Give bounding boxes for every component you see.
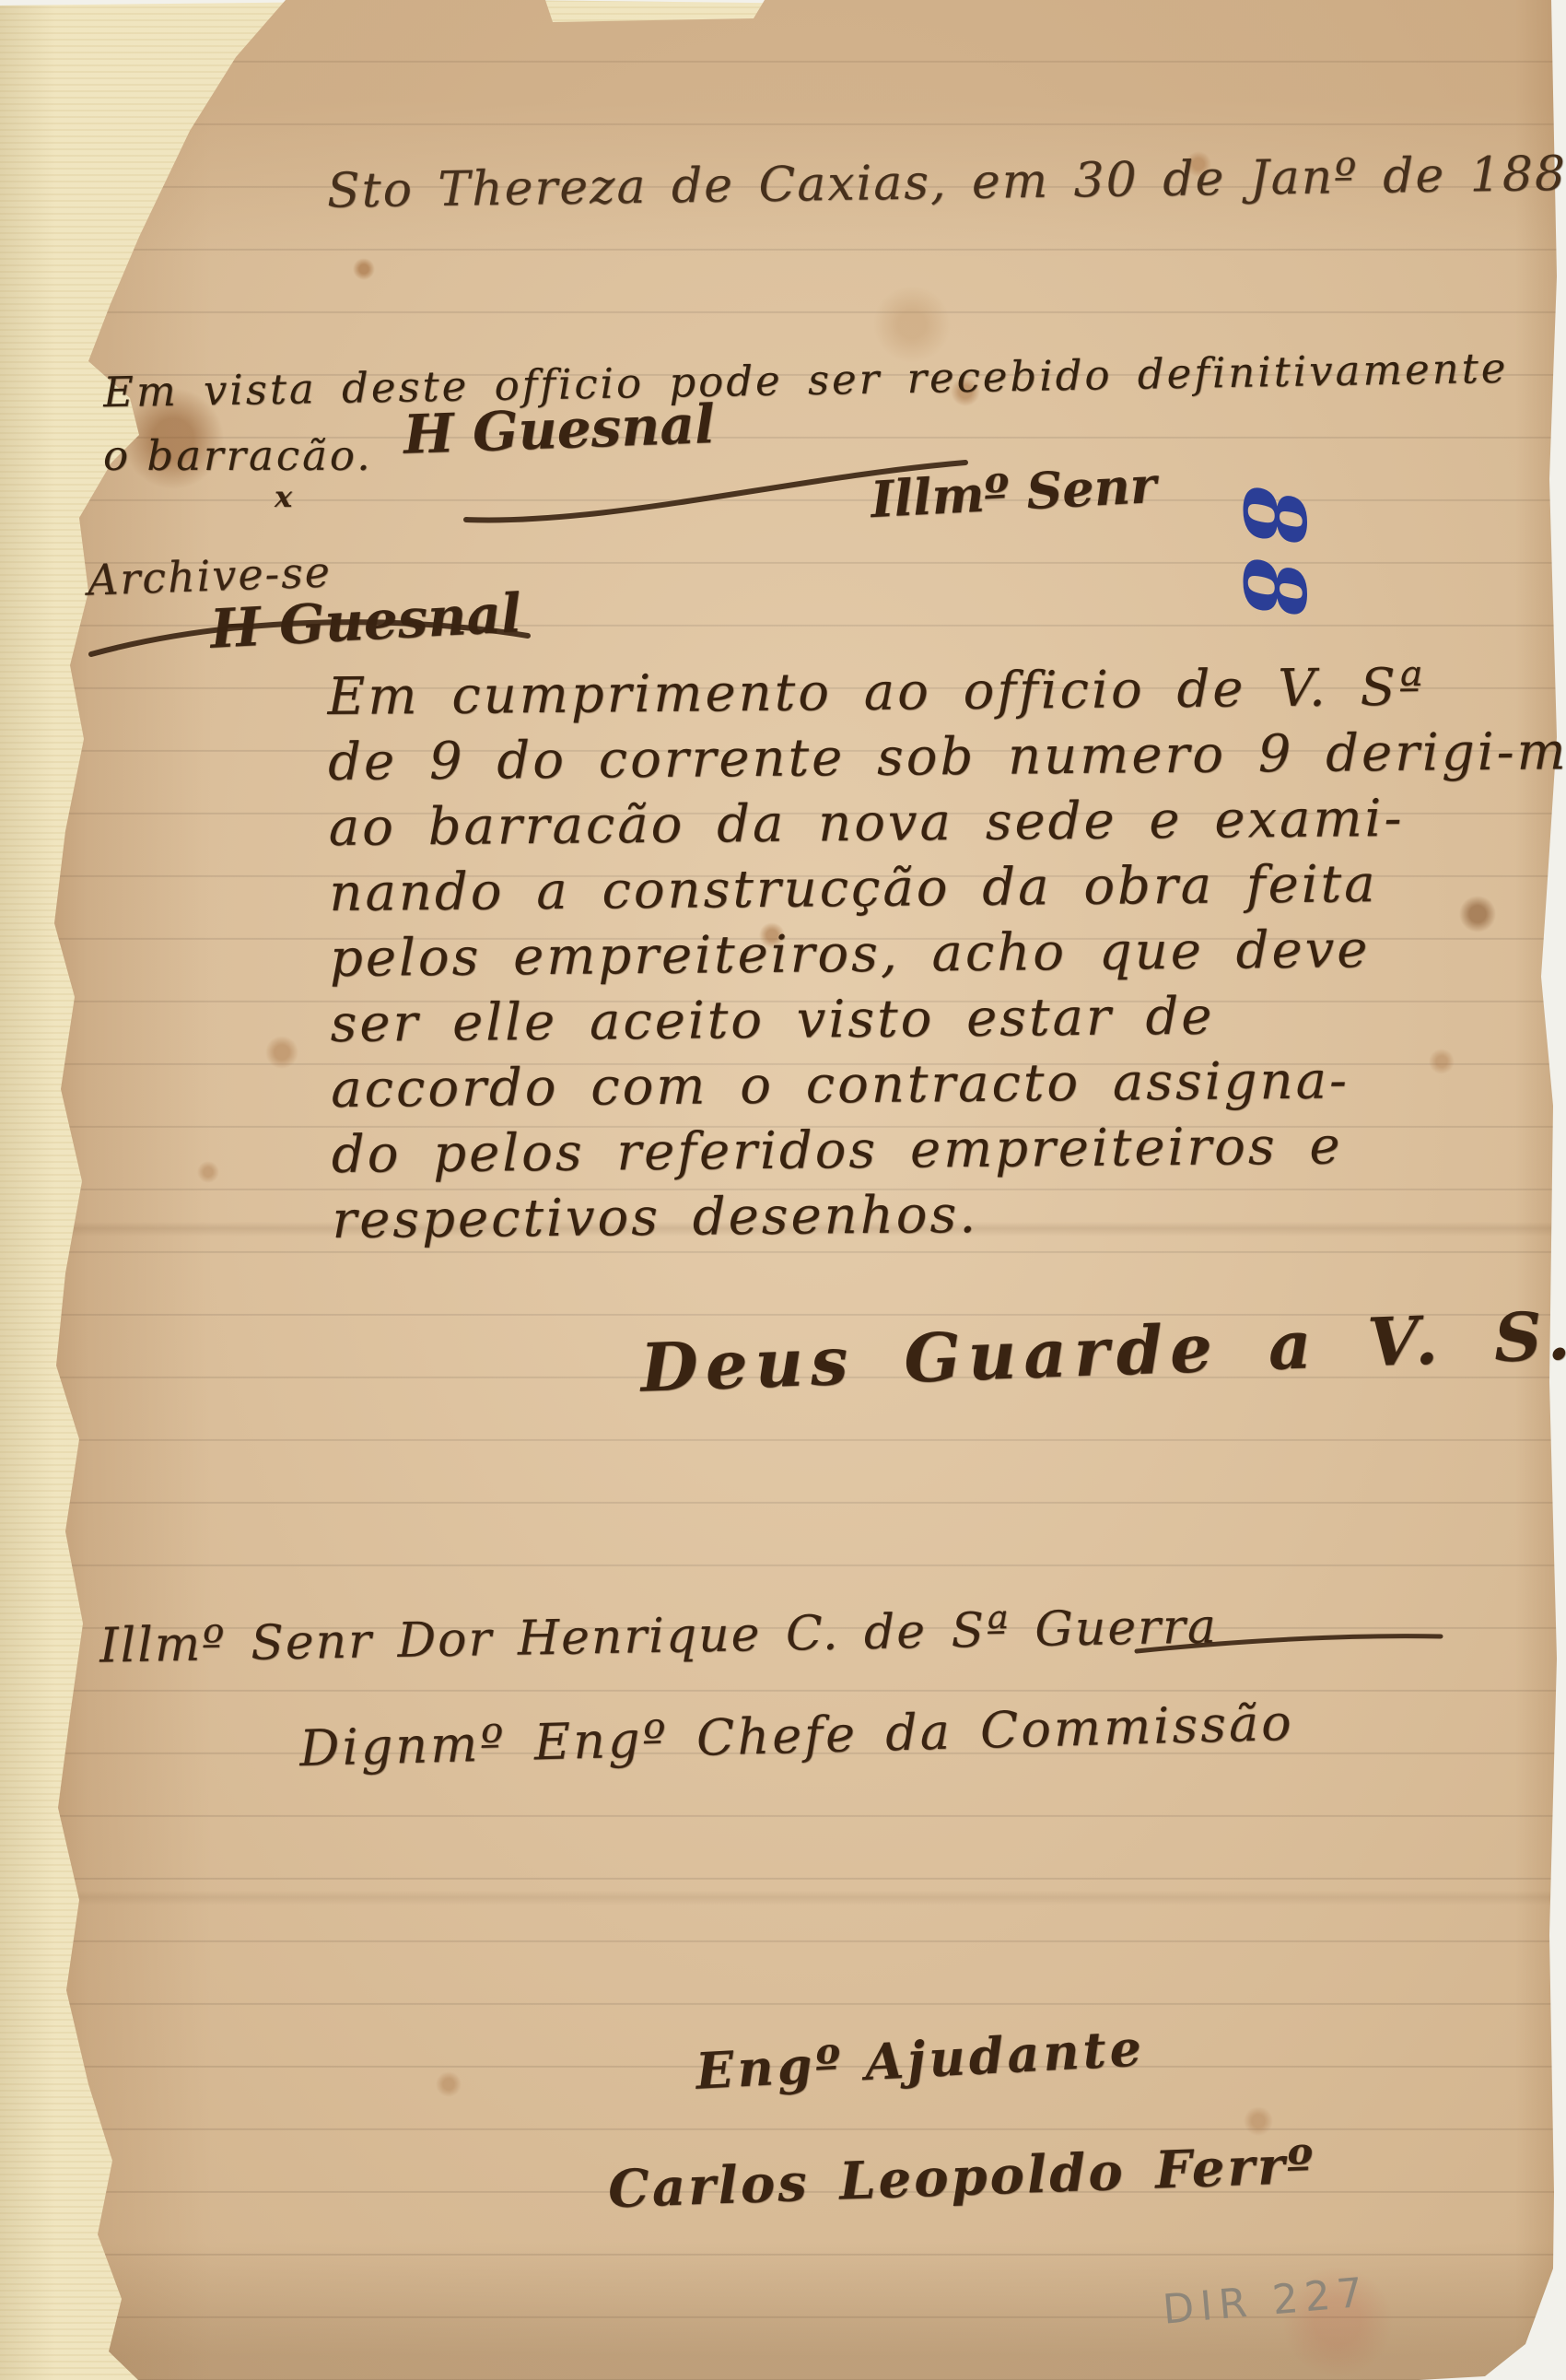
body-line: Em cumprimento ao officio de V. Sª bbox=[327, 656, 1566, 733]
scanned-letter-page: { "document": { "dateline": "Sto Thereza… bbox=[0, 0, 1566, 2380]
body-line: pelos empreiteiros, acho que deve bbox=[330, 918, 1566, 994]
body-line: accordo com o contracto assigna- bbox=[331, 1049, 1566, 1125]
x-mark: x bbox=[275, 479, 292, 514]
page-number-blue: 88 bbox=[1223, 487, 1325, 625]
body-line: respectivos desenhos. bbox=[332, 1179, 1566, 1256]
approval-signature: H Guesnal bbox=[403, 393, 716, 466]
body-line: nando a construcção da obra feita bbox=[329, 852, 1566, 929]
body-line: de 9 do corrente sob numero 9 derigi-me bbox=[328, 721, 1566, 798]
approval-note-line-2: o barracão. bbox=[103, 431, 373, 480]
body-line: ser elle aceito visto estar de bbox=[330, 983, 1566, 1060]
letter-body: Em cumprimento ao officio de V. Sª de 9 … bbox=[327, 656, 1566, 1256]
body-line: do pelos referidos empreiteiros e bbox=[332, 1114, 1566, 1190]
body-line: ao barracão da nova sede e exami- bbox=[328, 787, 1566, 863]
